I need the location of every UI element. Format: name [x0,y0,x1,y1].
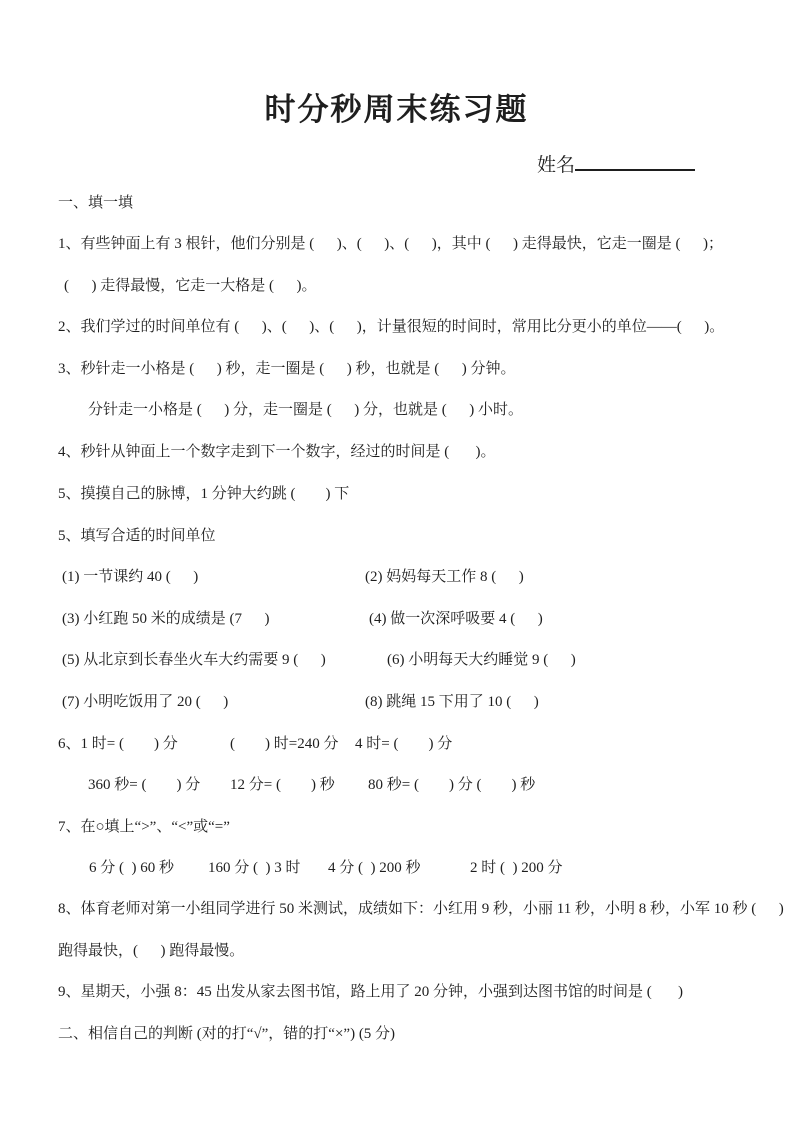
compare-item-2: 160 分 ( ) 3 时 [208,857,301,879]
question-7-heading: 7、在○填上“>”、“<”或“=” [58,816,230,838]
units-row-1: (1) 一节课约 40 ( ) (2) 妈妈每天工作 8 ( ) [0,566,793,588]
question-5-units-heading: 5、填写合适的时间单位 [58,525,216,547]
page-title: 时分秒周末练习题 [0,84,793,129]
units-row-4: (7) 小明吃饭用了 20 ( ) (8) 跳绳 15 下用了 10 ( ) [0,691,793,713]
compare-item-4: 2 时 ( ) 200 分 [470,857,563,879]
section-1-heading: 一、填一填 [58,192,133,214]
units-row-3: (5) 从北京到长春坐火车大约需要 9 ( ) (6) 小明每天大约睡觉 9 (… [0,649,793,671]
name-field: 姓名 [537,150,695,177]
question-8-line-2: 跑得最快，( ) 跑得最慢。 [58,940,244,962]
question-6-row-2: 360 秒= ( ) 分 12 分= ( ) 秒 80 秒= ( ) 分 ( )… [0,774,793,796]
question-1-line-1: 1、有些钟面上有 3 根针，他们分别是 ( )、( )、( )，其中 ( ) 走… [58,233,723,255]
unit-item-2: (2) 妈妈每天工作 8 ( ) [365,566,524,588]
q6-conversion-2: ( ) 时=240 分 [230,733,338,755]
q6-conversion-5: 12 分= ( ) 秒 [230,774,335,796]
question-8-line-1: 8、体育老师对第一小组同学进行 50 米测试，成绩如下：小红用 9 秒，小丽 1… [58,898,784,920]
question-4: 4、秒针从钟面上一个数字走到下一个数字，经过的时间是 ( )。 [58,441,496,463]
unit-item-5: (5) 从北京到长春坐火车大约需要 9 ( ) [62,649,326,671]
units-row-2: (3) 小红跑 50 米的成绩是 (7 ) (4) 做一次深呼吸要 4 ( ) [0,608,793,630]
question-6-row-1: 6、1 时= ( ) 分 ( ) 时=240 分 4 时= ( ) 分 [0,733,793,755]
q6-conversion-6: 80 秒= ( ) 分 ( ) 秒 [368,774,535,796]
name-blank-underline [575,152,695,171]
unit-item-4: (4) 做一次深呼吸要 4 ( ) [369,608,543,630]
unit-item-1: (1) 一节课约 40 ( ) [62,566,198,588]
unit-item-6: (6) 小明每天大约睡觉 9 ( ) [387,649,576,671]
unit-item-7: (7) 小明吃饭用了 20 ( ) [62,691,228,713]
question-2: 2、我们学过的时间单位有 ( )、( )、( )，计量很短的时间时，常用比分更小… [58,316,724,338]
question-9: 9、星期天，小强 8：45 出发从家去图书馆，路上用了 20 分钟，小强到达图书… [58,981,683,1003]
question-3-line-2: 分针走一小格是 ( ) 分，走一圈是 ( ) 分，也就是 ( ) 小时。 [88,399,523,421]
section-2-heading: 二、相信自己的判断 (对的打“√”，错的打“×”) (5 分) [58,1023,395,1045]
question-5-pulse: 5、摸摸自己的脉博，1 分钟大约跳 ( ) 下 [58,483,349,505]
question-7-items-row: 6 分 ( ) 60 秒 160 分 ( ) 3 时 4 分 ( ) 200 秒… [0,857,793,879]
compare-item-1: 6 分 ( ) 60 秒 [89,857,174,879]
unit-item-3: (3) 小红跑 50 米的成绩是 (7 ) [62,608,269,630]
q6-conversion-4: 360 秒= ( ) 分 [88,774,200,796]
q6-conversion-3: 4 时= ( ) 分 [355,733,452,755]
question-3-line-1: 3、秒针走一小格是 ( ) 秒，走一圈是 ( ) 秒，也就是 ( ) 分钟。 [58,358,515,380]
question-1-line-2: ( ) 走得最慢，它走一大格是 ( )。 [64,275,316,297]
q6-conversion-1: 6、1 时= ( ) 分 [58,733,178,755]
name-label: 姓名 [537,155,575,176]
compare-item-3: 4 分 ( ) 200 秒 [328,857,421,879]
unit-item-8: (8) 跳绳 15 下用了 10 ( ) [365,691,539,713]
worksheet-page: 时分秒周末练习题 姓名 一、填一填 1、有些钟面上有 3 根针，他们分别是 ( … [0,0,793,1122]
